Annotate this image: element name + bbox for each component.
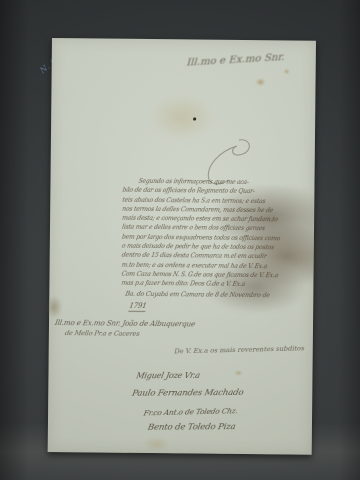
year-line: 1791 xyxy=(128,302,147,312)
salutation-line: Ill.mo e Ex.mo Snr. xyxy=(185,52,286,69)
paper-stain xyxy=(149,94,215,141)
paper-stain xyxy=(284,68,290,74)
addressee-line-2: de Mello Pr.a e Caceres xyxy=(64,329,140,338)
letter-body: Segundo as informaçoens que me aca- bão … xyxy=(121,177,312,291)
paper-stain xyxy=(46,296,62,318)
signature-bento-de-toledo-piza: Bento de Toledo Piza xyxy=(147,422,236,433)
paper-stain xyxy=(256,78,266,86)
paper-stain xyxy=(234,370,242,376)
manuscript-sheet: Ill.mo e Ex.mo Snr. Segundo as informaço… xyxy=(48,38,316,455)
paper-stain xyxy=(144,437,170,451)
signature-paulo-fernandes-machado: Paulo Fernandes Machado xyxy=(131,388,244,399)
courtesy-line: De V. Ex.a os mais reverentes subditos xyxy=(173,344,305,355)
addressee-line-1: Ill.mo e Ex.mo Snr. João de Albuquerque xyxy=(54,318,196,328)
handwriting-line: mas p.a fazer bem dito: Deos G.de a V. E… xyxy=(121,279,313,290)
ink-speck xyxy=(193,117,196,120)
dateline: Ba. do Cuyabá em Camara de 8 de Novembro… xyxy=(125,291,271,299)
signature-francisco-antonio-toledo: Fr.co Ant.o de Toledo Chz. xyxy=(143,406,239,417)
signature-miguel-joze-vieira: Miguel Joze Vr.a xyxy=(135,371,200,380)
